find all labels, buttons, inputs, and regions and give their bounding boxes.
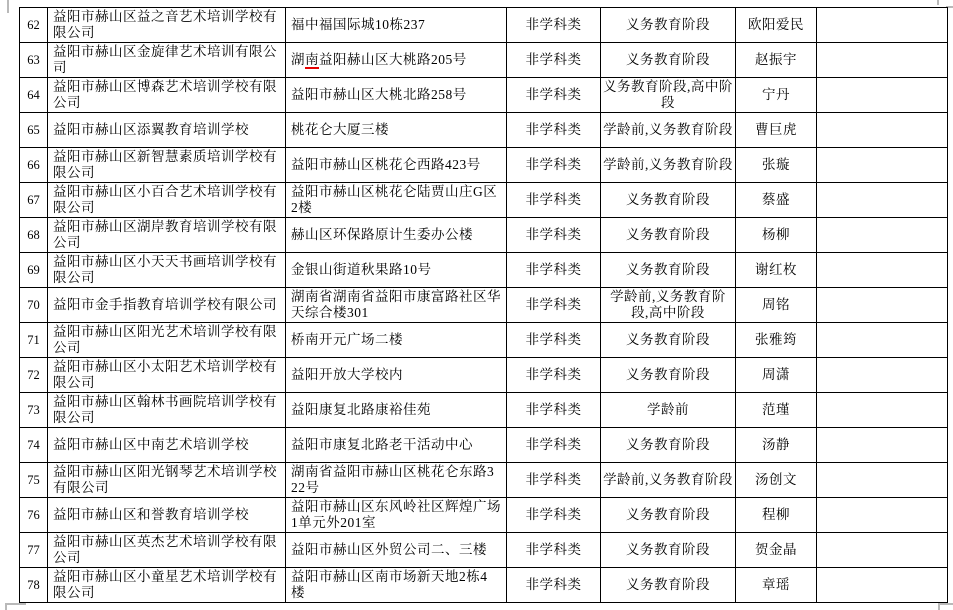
cell-empty	[817, 497, 948, 532]
cell-person-name: 曹巨虎	[736, 113, 817, 148]
table-row: 62 益阳市赫山区益之音艺术培训学校有限公司 福中福国际城10栋237 非学科类…	[20, 8, 948, 43]
cell-category: 非学科类	[507, 147, 601, 182]
cell-institution-name: 益阳市金手指教育培训学校有限公司	[48, 287, 286, 322]
cell-institution-name: 益阳市赫山区新智慧素质培训学校有限公司	[48, 147, 286, 182]
cell-person-name: 贺金晶	[736, 532, 817, 567]
cell-institution-name: 益阳市赫山区湖岸教育培训学校有限公司	[48, 217, 286, 252]
page-margin-mark-bottom-right-v	[938, 603, 940, 610]
cell-address: 湖南省湖南省益阳市康富路社区华天综合楼301	[286, 287, 507, 322]
cell-institution-name: 益阳市赫山区阳光钢琴艺术培训学校有限公司	[48, 462, 286, 497]
cell-education-stage: 义务教育阶段	[601, 252, 736, 287]
cell-institution-name: 益阳市赫山区金旋律艺术培训有限公司	[48, 43, 286, 78]
cell-education-stage: 学龄前,义务教育阶段	[601, 462, 736, 497]
cell-education-stage: 学龄前,义务教育阶段,高中阶段	[601, 287, 736, 322]
table-row: 71 益阳市赫山区阳光艺术培训学校有限公司 桥南开元广场二楼 非学科类 义务教育…	[20, 322, 948, 357]
cell-person-name: 周潇	[736, 357, 817, 392]
table-row: 77 益阳市赫山区英杰艺术培训学校有限公司 益阳市赫山区外贸公司二、三楼 非学科…	[20, 532, 948, 567]
cell-education-stage: 学龄前,义务教育阶段	[601, 113, 736, 148]
cell-empty	[817, 357, 948, 392]
cell-person-name: 张雅筠	[736, 322, 817, 357]
cell-empty	[817, 322, 948, 357]
cell-person-name: 赵振宇	[736, 43, 817, 78]
table-row: 67 益阳市赫山区小百合艺术培训学校有限公司 益阳市赫山区桃花仑陆贾山庄G区2楼…	[20, 182, 948, 217]
cell-empty	[817, 252, 948, 287]
page-margin-mark-bottom-left-v	[5, 603, 7, 610]
cell-row-number: 74	[20, 427, 48, 462]
cell-education-stage: 义务教育阶段	[601, 427, 736, 462]
cell-institution-name: 益阳市赫山区阳光艺术培训学校有限公司	[48, 322, 286, 357]
cell-empty	[817, 182, 948, 217]
cell-address: 湖南省益阳市赫山区桃花仑东路322号	[286, 462, 507, 497]
cell-row-number: 78	[20, 567, 48, 602]
cell-empty	[817, 113, 948, 148]
cell-person-name: 周铭	[736, 287, 817, 322]
spellcheck-underline: 南	[305, 52, 319, 69]
cell-empty	[817, 392, 948, 427]
page-margin-mark-top-right-tick	[937, 0, 939, 5]
cell-empty	[817, 567, 948, 602]
cell-institution-name: 益阳市赫山区添翼教育培训学校	[48, 113, 286, 148]
cell-category: 非学科类	[507, 8, 601, 43]
cell-address: 益阳开放大学校内	[286, 357, 507, 392]
cell-person-name: 欧阳爱民	[736, 8, 817, 43]
page-margin-mark-bottom-left-h	[5, 603, 26, 605]
cell-institution-name: 益阳市赫山区中南艺术培训学校	[48, 427, 286, 462]
cell-person-name: 汤创文	[736, 462, 817, 497]
registry-table-body: 62 益阳市赫山区益之音艺术培训学校有限公司 福中福国际城10栋237 非学科类…	[20, 8, 948, 603]
cell-education-stage: 义务教育阶段	[601, 8, 736, 43]
cell-empty	[817, 78, 948, 113]
cell-education-stage: 义务教育阶段,高中阶段	[601, 78, 736, 113]
cell-empty	[817, 532, 948, 567]
cell-address: 桃花仑大厦三楼	[286, 113, 507, 148]
table-row: 70 益阳市金手指教育培训学校有限公司 湖南省湖南省益阳市康富路社区华天综合楼3…	[20, 287, 948, 322]
cell-empty	[817, 287, 948, 322]
cell-category: 非学科类	[507, 392, 601, 427]
cell-row-number: 73	[20, 392, 48, 427]
cell-person-name: 谢红枚	[736, 252, 817, 287]
cell-institution-name: 益阳市赫山区和誉教育培训学校	[48, 497, 286, 532]
cell-address: 益阳市康复北路老干活动中心	[286, 427, 507, 462]
cell-row-number: 67	[20, 182, 48, 217]
cell-address: 益阳市赫山区南市场新天地2栋4楼	[286, 567, 507, 602]
cell-row-number: 77	[20, 532, 48, 567]
cell-address: 益阳市赫山区外贸公司二、三楼	[286, 532, 507, 567]
cell-institution-name: 益阳市赫山区小天天书画培训学校有限公司	[48, 252, 286, 287]
cell-address: 益阳康复北路康裕佳苑	[286, 392, 507, 427]
cell-address: 益阳市赫山区大桃北路258号	[286, 78, 507, 113]
cell-empty	[817, 217, 948, 252]
cell-category: 非学科类	[507, 43, 601, 78]
table-row: 74 益阳市赫山区中南艺术培训学校 益阳市康复北路老干活动中心 非学科类 义务教…	[20, 427, 948, 462]
cell-address: 福中福国际城10栋237	[286, 8, 507, 43]
cell-person-name: 张璇	[736, 147, 817, 182]
page-margin-mark-top-left	[7, 0, 9, 13]
cell-address: 益阳市赫山区东风岭社区辉煌广场1单元外201室	[286, 497, 507, 532]
table-row: 63 益阳市赫山区金旋律艺术培训有限公司 湖南益阳赫山区大桃路205号 非学科类…	[20, 43, 948, 78]
cell-category: 非学科类	[507, 217, 601, 252]
cell-education-stage: 学龄前	[601, 392, 736, 427]
cell-education-stage: 义务教育阶段	[601, 217, 736, 252]
cell-category: 非学科类	[507, 322, 601, 357]
cell-row-number: 71	[20, 322, 48, 357]
table-row: 75 益阳市赫山区阳光钢琴艺术培训学校有限公司 湖南省益阳市赫山区桃花仑东路32…	[20, 462, 948, 497]
cell-education-stage: 义务教育阶段	[601, 182, 736, 217]
cell-empty	[817, 427, 948, 462]
cell-institution-name: 益阳市赫山区小太阳艺术培训学校有限公司	[48, 357, 286, 392]
cell-row-number: 76	[20, 497, 48, 532]
cell-category: 非学科类	[507, 497, 601, 532]
table-row: 65 益阳市赫山区添翼教育培训学校 桃花仑大厦三楼 非学科类 学龄前,义务教育阶…	[20, 113, 948, 148]
cell-education-stage: 义务教育阶段	[601, 567, 736, 602]
cell-education-stage: 义务教育阶段	[601, 43, 736, 78]
cell-address: 金银山街道秋果路10号	[286, 252, 507, 287]
table-row: 66 益阳市赫山区新智慧素质培训学校有限公司 益阳市赫山区桃花仑西路423号 非…	[20, 147, 948, 182]
cell-category: 非学科类	[507, 287, 601, 322]
cell-institution-name: 益阳市赫山区翰林书画院培训学校有限公司	[48, 392, 286, 427]
cell-institution-name: 益阳市赫山区小童星艺术培训学校有限公司	[48, 567, 286, 602]
cell-empty	[817, 462, 948, 497]
cell-category: 非学科类	[507, 113, 601, 148]
cell-education-stage: 学龄前,义务教育阶段	[601, 147, 736, 182]
cell-institution-name: 益阳市赫山区博森艺术培训学校有限公司	[48, 78, 286, 113]
cell-category: 非学科类	[507, 427, 601, 462]
table-row: 78 益阳市赫山区小童星艺术培训学校有限公司 益阳市赫山区南市场新天地2栋4楼 …	[20, 567, 948, 602]
cell-row-number: 64	[20, 78, 48, 113]
cell-institution-name: 益阳市赫山区益之音艺术培训学校有限公司	[48, 8, 286, 43]
cell-person-name: 蔡盛	[736, 182, 817, 217]
cell-row-number: 66	[20, 147, 48, 182]
cell-category: 非学科类	[507, 182, 601, 217]
table-row: 69 益阳市赫山区小天天书画培训学校有限公司 金银山街道秋果路10号 非学科类 …	[20, 252, 948, 287]
cell-category: 非学科类	[507, 78, 601, 113]
table-row: 72 益阳市赫山区小太阳艺术培训学校有限公司 益阳开放大学校内 非学科类 义务教…	[20, 357, 948, 392]
cell-person-name: 汤静	[736, 427, 817, 462]
cell-institution-name: 益阳市赫山区英杰艺术培训学校有限公司	[48, 532, 286, 567]
cell-address: 益阳市赫山区桃花仑西路423号	[286, 147, 507, 182]
cell-education-stage: 义务教育阶段	[601, 357, 736, 392]
table-row: 76 益阳市赫山区和誉教育培训学校 益阳市赫山区东风岭社区辉煌广场1单元外201…	[20, 497, 948, 532]
cell-education-stage: 义务教育阶段	[601, 532, 736, 567]
cell-category: 非学科类	[507, 357, 601, 392]
cell-row-number: 72	[20, 357, 48, 392]
cell-address: 桥南开元广场二楼	[286, 322, 507, 357]
table-row: 68 益阳市赫山区湖岸教育培训学校有限公司 赫山区环保路原计生委办公楼 非学科类…	[20, 217, 948, 252]
page-margin-mark-bottom-right-h	[938, 603, 953, 605]
cell-row-number: 63	[20, 43, 48, 78]
cell-empty	[817, 147, 948, 182]
cell-row-number: 70	[20, 287, 48, 322]
cell-person-name: 杨柳	[736, 217, 817, 252]
table-row: 64 益阳市赫山区博森艺术培训学校有限公司 益阳市赫山区大桃北路258号 非学科…	[20, 78, 948, 113]
cell-row-number: 68	[20, 217, 48, 252]
cell-row-number: 62	[20, 8, 48, 43]
cell-row-number: 65	[20, 113, 48, 148]
cell-address: 赫山区环保路原计生委办公楼	[286, 217, 507, 252]
cell-row-number: 75	[20, 462, 48, 497]
cell-category: 非学科类	[507, 462, 601, 497]
cell-person-name: 章瑶	[736, 567, 817, 602]
cell-address: 益阳市赫山区桃花仑陆贾山庄G区2楼	[286, 182, 507, 217]
cell-category: 非学科类	[507, 567, 601, 602]
cell-row-number: 69	[20, 252, 48, 287]
cell-category: 非学科类	[507, 532, 601, 567]
cell-person-name: 宁丹	[736, 78, 817, 113]
cell-education-stage: 义务教育阶段	[601, 497, 736, 532]
cell-address: 湖南益阳赫山区大桃路205号	[286, 43, 507, 78]
training-institution-table: 62 益阳市赫山区益之音艺术培训学校有限公司 福中福国际城10栋237 非学科类…	[19, 7, 948, 603]
cell-person-name: 范瑾	[736, 392, 817, 427]
cell-education-stage: 义务教育阶段	[601, 322, 736, 357]
table-row: 73 益阳市赫山区翰林书画院培训学校有限公司 益阳康复北路康裕佳苑 非学科类 学…	[20, 392, 948, 427]
cell-institution-name: 益阳市赫山区小百合艺术培训学校有限公司	[48, 182, 286, 217]
cell-category: 非学科类	[507, 252, 601, 287]
cell-empty	[817, 43, 948, 78]
cell-empty	[817, 8, 948, 43]
cell-person-name: 程柳	[736, 497, 817, 532]
